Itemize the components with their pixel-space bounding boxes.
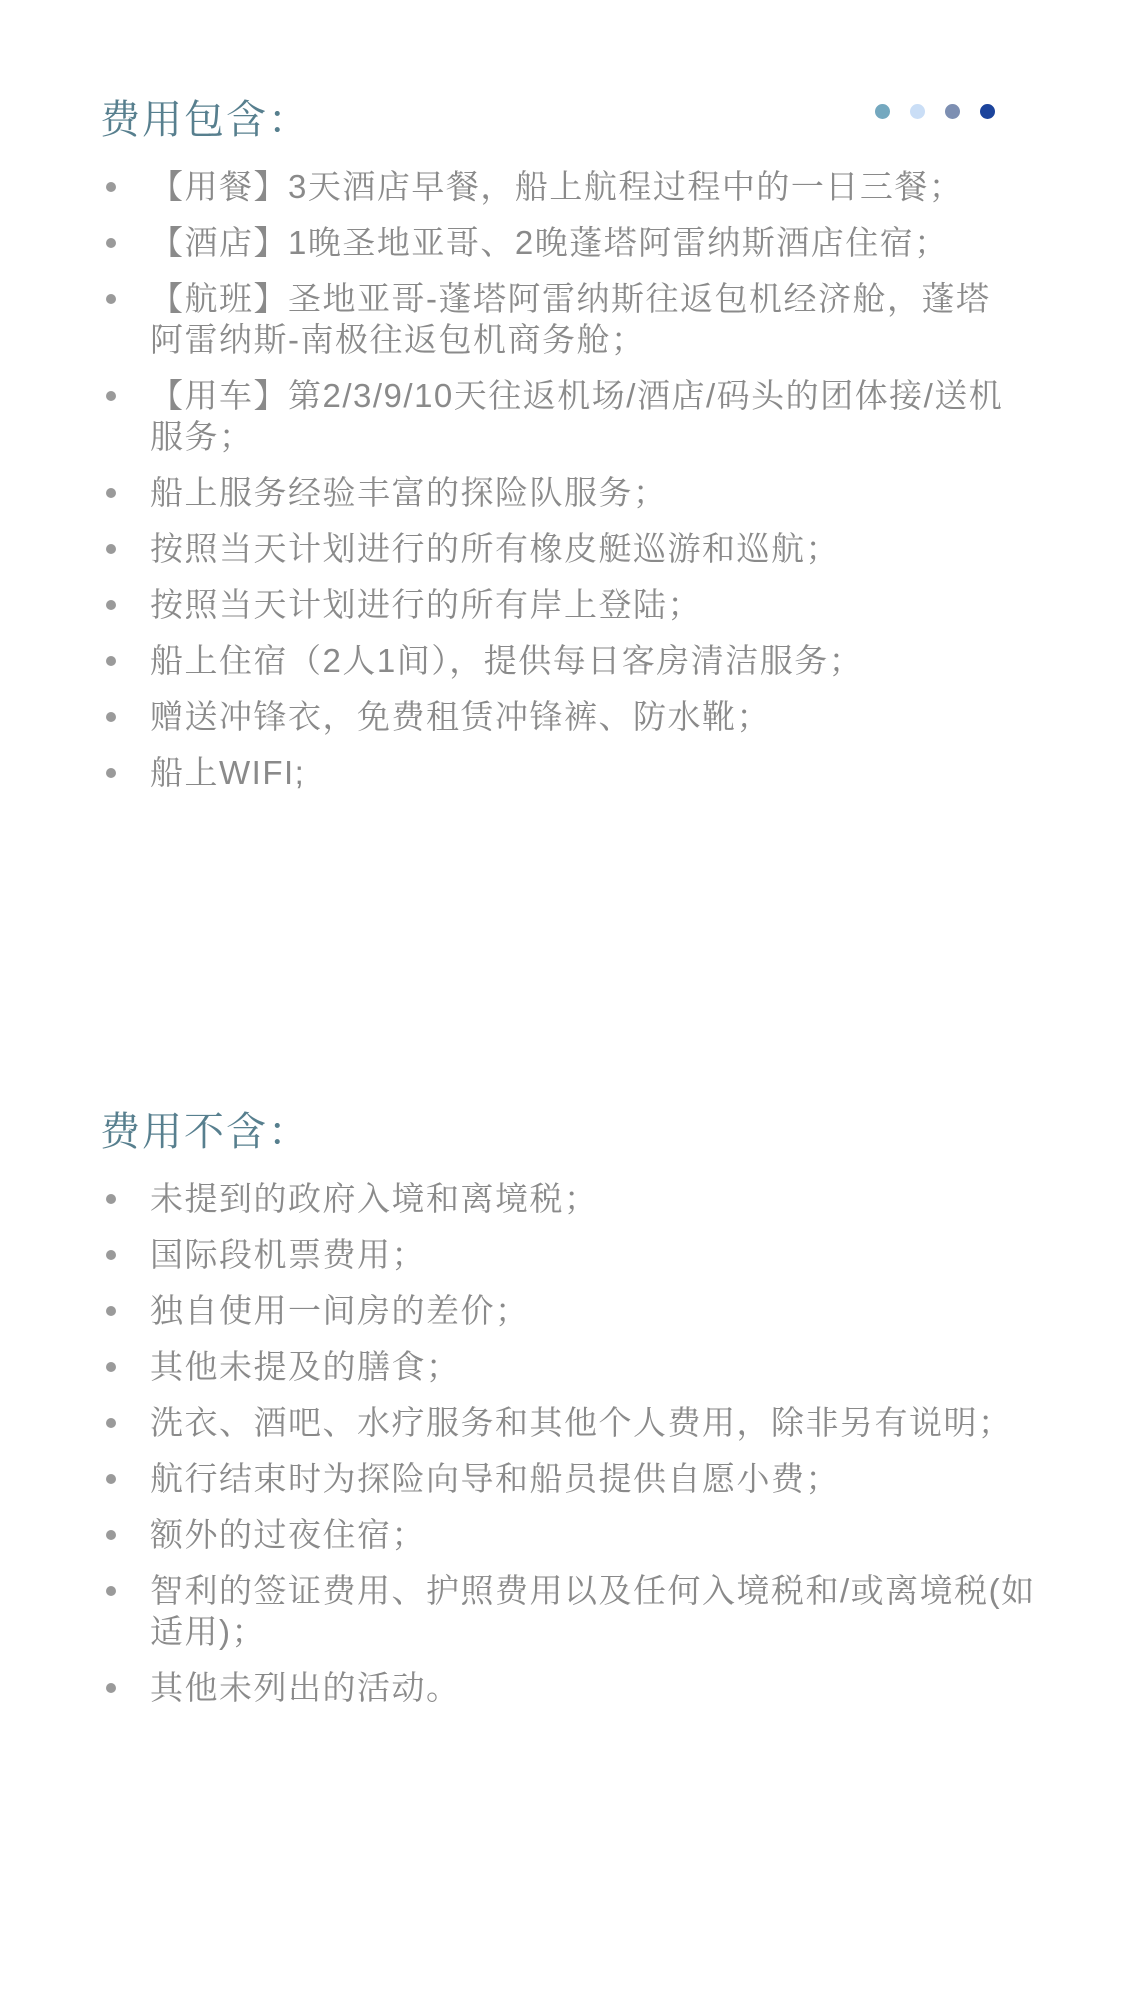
- list-item-text: 【用餐】3天酒店早餐，船上航程过程中的一日三餐；: [150, 168, 963, 205]
- list-item-text: 未提到的政府入境和离境税；: [150, 1180, 599, 1217]
- bullet-icon: [106, 238, 116, 248]
- list-item: 额外的过夜住宿；: [100, 1514, 1060, 1555]
- list-item: 其他未列出的活动。: [100, 1667, 1060, 1708]
- bullet-icon: [106, 182, 116, 192]
- list-item: 船上WIFI;: [100, 752, 1060, 793]
- list-item: 船上服务经验丰富的探险队服务；: [100, 472, 1060, 513]
- list-item: 【航班】圣地亚哥-蓬塔阿雷纳斯往返包机经济舱，蓬塔 阿雷纳斯-南极往返包机商务舱…: [100, 278, 1060, 360]
- fees-included-list: 【用餐】3天酒店早餐，船上航程过程中的一日三餐； 【酒店】1晚圣地亚哥、2晚蓬塔…: [100, 166, 1060, 793]
- list-item: 航行结束时为探险向导和船员提供自愿小费；: [100, 1458, 1060, 1499]
- bullet-icon: [106, 544, 116, 554]
- list-item-text: 航行结束时为探险向导和船员提供自愿小费；: [150, 1460, 840, 1497]
- bullet-icon: [106, 712, 116, 722]
- list-item-text: 【航班】圣地亚哥-蓬塔阿雷纳斯往返包机经济舱，蓬塔 阿雷纳斯-南极往返包机商务舱…: [150, 280, 991, 358]
- list-item: 国际段机票费用；: [100, 1234, 1060, 1275]
- list-item: 按照当天计划进行的所有岸上登陆；: [100, 584, 1060, 625]
- list-item: 【用车】第2/3/9/10天往返机场/酒店/码头的团体接/送机 服务；: [100, 375, 1060, 457]
- bullet-icon: [106, 1530, 116, 1540]
- list-item-text: 船上WIFI;: [150, 754, 305, 791]
- list-item-text: 独自使用一间房的差价；: [150, 1292, 530, 1329]
- list-item: 按照当天计划进行的所有橡皮艇巡游和巡航；: [100, 528, 1060, 569]
- list-item-text: 洗衣、酒吧、水疗服务和其他个人费用，除非另有说明；: [150, 1404, 1013, 1441]
- list-item: 智利的签证费用、护照费用以及任何入境税和/或离境税(如 适用)；: [100, 1570, 1060, 1652]
- list-item-text: 其他未提及的膳食；: [150, 1348, 461, 1385]
- list-item-text: 【用车】第2/3/9/10天往返机场/酒店/码头的团体接/送机 服务；: [150, 377, 1003, 455]
- section-title-fees-excluded: 费用不含：: [100, 1106, 1060, 1158]
- list-item-text: 按照当天计划进行的所有岸上登陆；: [150, 586, 702, 623]
- bullet-icon: [106, 1683, 116, 1693]
- list-item-text: 其他未列出的活动。: [150, 1669, 461, 1706]
- list-item-text: 赠送冲锋衣，免费租赁冲锋裤、防水靴；: [150, 698, 771, 735]
- bullet-icon: [106, 1362, 116, 1372]
- bullet-icon: [106, 488, 116, 498]
- section-fees-included: 费用包含： 【用餐】3天酒店早餐，船上航程过程中的一日三餐； 【酒店】1晚圣地亚…: [100, 94, 1060, 808]
- list-item-text: 智利的签证费用、护照费用以及任何入境税和/或离境税(如 适用)；: [150, 1572, 1036, 1650]
- bullet-icon: [106, 1418, 116, 1428]
- bullet-icon: [106, 656, 116, 666]
- list-item: 船上住宿（2人1间），提供每日客房清洁服务；: [100, 640, 1060, 681]
- section-title-fees-included: 费用包含：: [100, 94, 1060, 146]
- list-item-text: 按照当天计划进行的所有橡皮艇巡游和巡航；: [150, 530, 840, 567]
- list-item: 【用餐】3天酒店早餐，船上航程过程中的一日三餐；: [100, 166, 1060, 207]
- bullet-icon: [106, 294, 116, 304]
- fees-excluded-list: 未提到的政府入境和离境税； 国际段机票费用； 独自使用一间房的差价； 其他未提及…: [100, 1178, 1060, 1708]
- section-fees-excluded: 费用不含： 未提到的政府入境和离境税； 国际段机票费用； 独自使用一间房的差价；…: [100, 1106, 1060, 1723]
- list-item-text: 【酒店】1晚圣地亚哥、2晚蓬塔阿雷纳斯酒店住宿；: [150, 224, 949, 261]
- bullet-icon: [106, 1250, 116, 1260]
- list-item: 未提到的政府入境和离境税；: [100, 1178, 1060, 1219]
- list-item-text: 船上服务经验丰富的探险队服务；: [150, 474, 668, 511]
- bullet-icon: [106, 1306, 116, 1316]
- list-item: 【酒店】1晚圣地亚哥、2晚蓬塔阿雷纳斯酒店住宿；: [100, 222, 1060, 263]
- bullet-icon: [106, 600, 116, 610]
- list-item: 独自使用一间房的差价；: [100, 1290, 1060, 1331]
- bullet-icon: [106, 391, 116, 401]
- bullet-icon: [106, 768, 116, 778]
- list-item-text: 国际段机票费用；: [150, 1236, 426, 1273]
- bullet-icon: [106, 1586, 116, 1596]
- brochure-page: 费用包含： 【用餐】3天酒店早餐，船上航程过程中的一日三餐； 【酒店】1晚圣地亚…: [0, 0, 1125, 2000]
- list-item: 赠送冲锋衣，免费租赁冲锋裤、防水靴；: [100, 696, 1060, 737]
- list-item: 其他未提及的膳食；: [100, 1346, 1060, 1387]
- list-item-text: 额外的过夜住宿；: [150, 1516, 426, 1553]
- bullet-icon: [106, 1194, 116, 1204]
- list-item: 洗衣、酒吧、水疗服务和其他个人费用，除非另有说明；: [100, 1402, 1060, 1443]
- bullet-icon: [106, 1474, 116, 1484]
- list-item-text: 船上住宿（2人1间），提供每日客房清洁服务；: [150, 642, 863, 679]
